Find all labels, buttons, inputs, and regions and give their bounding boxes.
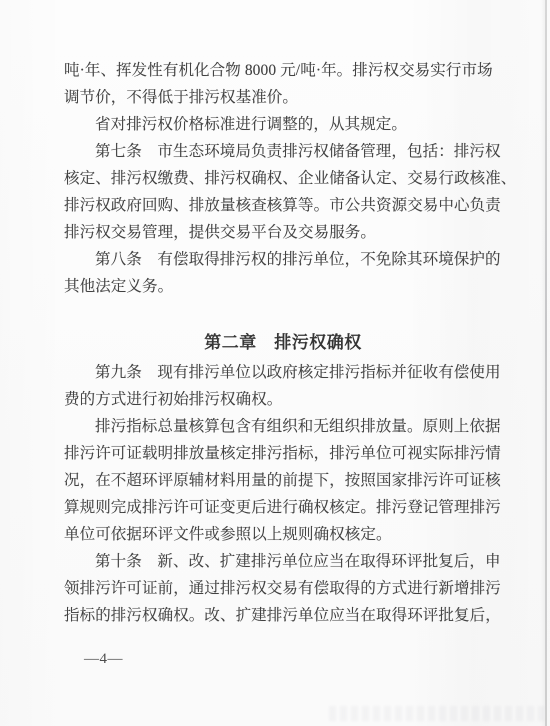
- watermark-smudge: [329, 706, 544, 721]
- chapter-heading: 第二章 排污权确权: [54, 329, 512, 356]
- text-line: 况，在不超环评原辅材料用量的前提下，按照国家排污许可证核: [64, 467, 522, 494]
- text-line-article-8: 第八条 有偿取得排污权的排污单位，不免除其环境保护的: [64, 246, 522, 273]
- text-line-article-7: 第七条 市生态环境局负责排污权储备管理，包括：排污权: [64, 138, 522, 165]
- text-line: 排污权政府回购、排放量核查核算等。市公共资源交易中心负责: [64, 192, 522, 219]
- text-line: 单位可依据环评文件或参照以上规则确权核定。: [64, 521, 522, 548]
- text-line: 排污权交易管理，提供交易平台及交易服务。: [64, 219, 522, 246]
- text-line-article-9: 第九条 现有排污单位以政府核定排污指标并征收有偿使用: [64, 359, 522, 386]
- page-number: —4—: [84, 646, 522, 673]
- text-line: 其他法定义务。: [64, 273, 522, 300]
- document-text-column: 吨·年、挥发性有机化合物 8000 元/吨·年。排污权交易实行市场 调节价，不得…: [64, 57, 522, 673]
- text-line: 调节价，不得低于排污权基准价。: [64, 84, 522, 111]
- text-line: 核定、排污权缴费、排污权确权、企业储备认定、交易行政核准、: [64, 165, 522, 192]
- text-line: 吨·年、挥发性有机化合物 8000 元/吨·年。排污权交易实行市场: [64, 57, 522, 84]
- text-line-article-10: 第十条 新、改、扩建排污单位应当在取得环评批复后，申: [64, 548, 522, 575]
- text-line: 算规则完成排污许可证变更后进行确权核定。排污登记管理排污: [64, 494, 522, 521]
- scan-edge-line: [545, 0, 547, 726]
- document-page: 吨·年、挥发性有机化合物 8000 元/吨·年。排污权交易实行市场 调节价，不得…: [0, 0, 550, 726]
- text-line: 费的方式进行初始排污权确权。: [64, 386, 522, 413]
- text-line: 省对排污权价格标准进行调整的，从其规定。: [64, 111, 522, 138]
- text-line: 指标的排污权确权。改、扩建排污单位应当在取得环评批复后，: [64, 602, 522, 629]
- text-line: 领排污许可证前，通过排污权交易有偿取得的方式进行新增排污: [64, 575, 522, 602]
- text-line: 排污许可证载明排放量核定排污指标，排污单位可视实际排污情: [64, 440, 522, 467]
- text-line: 排污指标总量核算包含有组织和无组织排放量。原则上依据: [64, 413, 522, 440]
